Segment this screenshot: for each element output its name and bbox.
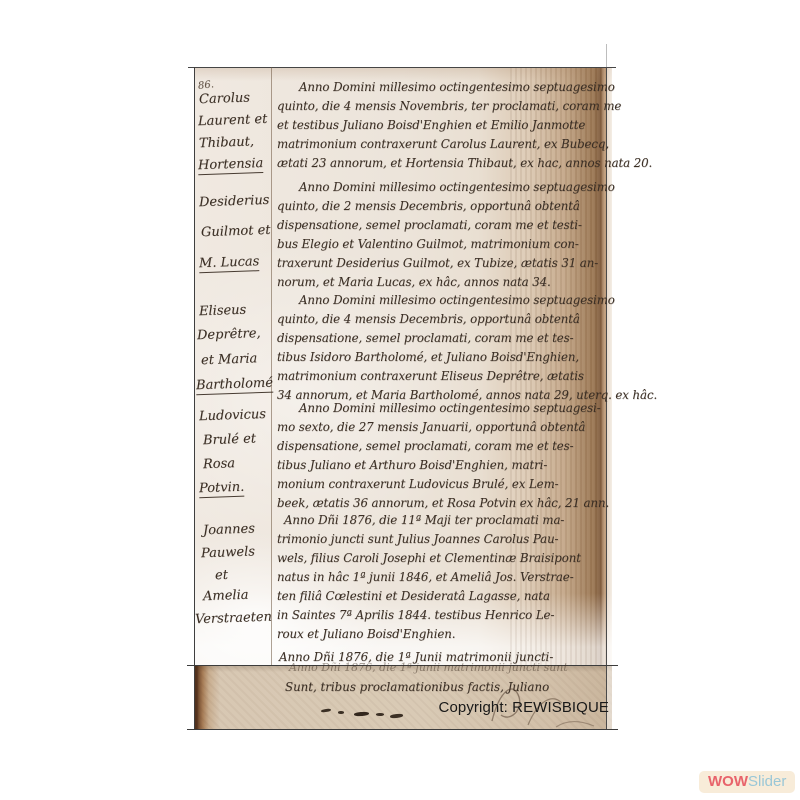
entry-text-line: mo sexto, die 27 mensis Januarii, opport… <box>277 418 601 437</box>
entry-text-line: ætati 23 annorum, et Hortensia Thibaut, … <box>277 154 601 173</box>
margin-name: M. Lucas <box>199 254 271 272</box>
entry-text-line: quinto, die 2 mensis Decembris, opportun… <box>277 197 601 216</box>
entry-text-line: traxerunt Desiderius Guilmot, ex Tubize,… <box>277 254 601 273</box>
entry-text-line: tibus Isidoro Bartholomé, et Juliano Boi… <box>277 348 601 367</box>
scanned-register-page: 86. Carolus Laurent et Thibaut, Hortensi… <box>193 67 613 730</box>
ink-smudge <box>376 713 384 716</box>
register-entry: Anno Domini millesimo octingentesimo sep… <box>277 291 601 405</box>
page-frame-line-top <box>188 67 616 68</box>
entry-text-line: matrimonium contraxerunt Eliseus Deprêtr… <box>277 367 601 386</box>
entry-text-line: dispensatione, semel proclamati, coram m… <box>277 437 601 456</box>
margin-name: Bartholomé <box>196 376 268 394</box>
margin-name: Laurent et <box>198 112 270 130</box>
margin-name: Verstraeten <box>195 610 267 628</box>
entry-text-line: dispensatione, semel proclamati, coram m… <box>277 216 601 235</box>
margin-name: et Maria <box>201 351 273 369</box>
entry-text-line: Anno Domini millesimo octingentesimo sep… <box>277 291 601 310</box>
register-entry: Anno Dñi 1876, die 11ª Maji ter proclama… <box>277 511 601 644</box>
entry-text-line: in Saintes 7ª Aprilis 1844. testibus Hen… <box>277 606 601 625</box>
entry-text-line: norum, et Maria Lucas, ex hâc, annos nat… <box>277 273 601 292</box>
margin-name: Guilmot et <box>201 223 273 241</box>
register-entry: Anno Domini millesimo octingentesimo sep… <box>277 399 601 513</box>
margin-name: Ludovicus <box>199 407 271 425</box>
entry-text-line: et testibus Juliano Boisd'Enghien et Emi… <box>277 116 601 135</box>
entry-text-line: Anno Domini millesimo octingentesimo sep… <box>277 78 601 97</box>
entry-text-line: Anno Domini millesimo octingentesimo sep… <box>277 178 601 197</box>
entry-text-line: Anno Dñi 1876, die 11ª Maji ter proclama… <box>277 511 601 530</box>
margin-name: Desiderius <box>199 193 271 211</box>
margin-name: Brulé et <box>203 431 275 449</box>
margin-name: Deprêtre, <box>197 326 269 344</box>
page-number: 86. <box>197 79 214 92</box>
entry-text-line: trimonio juncti sunt Julius Joannes Caro… <box>277 530 601 549</box>
register-entry: Anno Domini millesimo octingentesimo sep… <box>277 78 601 173</box>
wowslider-brand-first: WOW <box>708 773 748 790</box>
register-entry: Anno Domini millesimo octingentesimo sep… <box>277 178 601 292</box>
entry-text-line: quinto, die 4 mensis Decembris, opportun… <box>277 310 601 329</box>
copyright-watermark: Copyright: REWISBIQUE <box>439 699 609 716</box>
entry-text-line: ten filiâ Cœlestini et Desideratâ Lagass… <box>277 587 601 606</box>
margin-name: Pauwels <box>201 544 273 562</box>
entry-text-line: tibus Juliano et Arthuro Boisd'Enghien, … <box>277 456 601 475</box>
margin-name: Potvin. <box>199 479 271 497</box>
margin-name: Amelia <box>203 587 275 605</box>
entry-text-line: monium contraxerunt Ludovicus Brulé, ex … <box>277 475 601 494</box>
wowslider-watermark-link[interactable]: WOWSlider <box>699 771 795 793</box>
margin-name: Eliseus <box>199 302 271 320</box>
entry-text-line: roux et Juliano Boisd'Enghien. <box>277 625 601 644</box>
entry-text-line: natus in hâc 1ª junii 1846, et Ameliâ Jo… <box>277 568 601 587</box>
margin-name: Rosa <box>203 455 275 473</box>
entry-text-line: bus Elegio et Valentino Guilmot, matrimo… <box>277 235 601 254</box>
wowslider-brand-second: Slider <box>748 773 786 790</box>
margin-name: Hortensia <box>198 156 270 174</box>
page-frame-line-left <box>194 67 195 730</box>
page-frame-line-right-stub <box>606 44 607 67</box>
entry-text-line: matrimonium contraxerunt Carolus Laurent… <box>277 135 601 154</box>
ghost-duplicate-line: Anno Dñi 1876, die 1ª junii matrimonii j… <box>289 661 568 674</box>
ink-smudge <box>338 711 344 714</box>
entry-text-line: quinto, die 4 mensis Novembris, ter proc… <box>277 97 601 116</box>
margin-name: Joannes <box>203 521 275 539</box>
entry-text-line: wels, filius Caroli Josephi et Clementin… <box>277 549 601 568</box>
margin-name: Carolus <box>199 90 271 108</box>
entry-text-line: Anno Domini millesimo octingentesimo sep… <box>277 399 601 418</box>
margin-name: Thibaut, <box>199 134 271 152</box>
entry-text-line: dispensatione, semel proclamati, coram m… <box>277 329 601 348</box>
